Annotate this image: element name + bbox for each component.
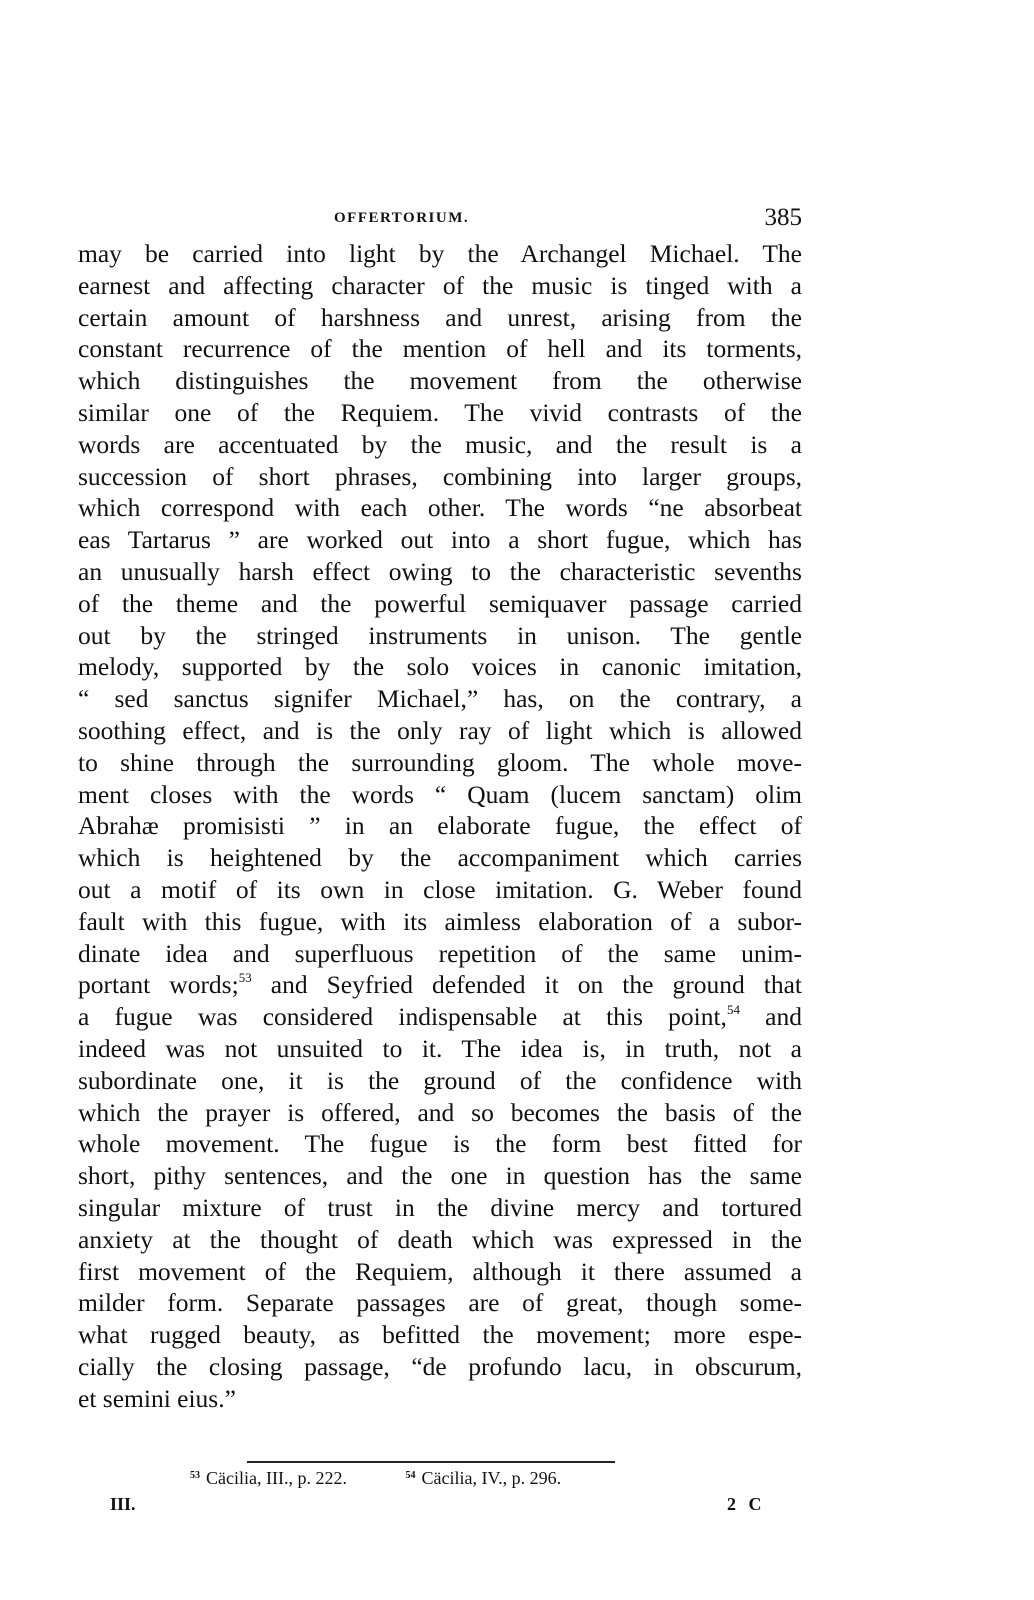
text-line-last: et semini eius.” — [78, 1383, 802, 1415]
footnote-text: Cäcilia, IV., p. 296. — [421, 1468, 561, 1488]
text-segment: portant words; — [78, 970, 239, 999]
book-page: OFFERTORIUM. 385 may be carried into lig… — [0, 0, 1034, 1600]
text-line: subordinate one, it is the ground of the… — [78, 1065, 802, 1097]
text-line: to shine through the surrounding gloom. … — [78, 747, 802, 779]
text-line: singular mixture of trust in the divine … — [78, 1192, 802, 1224]
text-line: whole movement. The fugue is the form be… — [78, 1128, 802, 1160]
text-line: which is heightened by the accompaniment… — [78, 842, 802, 874]
text-line: eas Tartarus ” are worked out into a sho… — [78, 524, 802, 556]
text-line: “ sed sanctus signifer Michael,” has, on… — [78, 683, 802, 715]
text-line: words are accentuated by the music, and … — [78, 429, 802, 461]
text-line: succession of short phrases, combining i… — [78, 461, 802, 493]
page-number: 385 — [765, 204, 803, 232]
text-line: certain amount of harshness and unrest, … — [78, 302, 802, 334]
volume-signature: III. — [110, 1494, 136, 1515]
text-line-with-footnote-53: portant words;53 and Seyfried defended i… — [78, 969, 802, 1001]
text-line: what rugged beauty, as befitted the move… — [78, 1319, 802, 1351]
footnote-ref-53[interactable]: 53 — [239, 970, 252, 985]
text-line: short, pithy sentences, and the one in q… — [78, 1160, 802, 1192]
text-line: of the theme and the powerful semiquaver… — [78, 588, 802, 620]
text-line: constant recurrence of the mention of he… — [78, 333, 802, 365]
text-line: milder form. Separate passages are of gr… — [78, 1287, 802, 1319]
footnote-divider — [247, 1461, 615, 1463]
body-paragraph: may be carried into light by the Archang… — [78, 238, 802, 1414]
text-line: Abrahæ promisisti ” in an elaborate fugu… — [78, 810, 802, 842]
text-line: similar one of the Requiem. The vivid co… — [78, 397, 802, 429]
printer-signature: 2 C — [727, 1494, 766, 1515]
text-line: which the prayer is offered, and so beco… — [78, 1097, 802, 1129]
text-line: which distinguishes the movement from th… — [78, 365, 802, 397]
text-line: out by the stringed instruments in uniso… — [78, 620, 802, 652]
text-segment: a fugue was considered indispensable at … — [78, 1002, 727, 1031]
text-line: ment closes with the words “ Quam (lucem… — [78, 779, 802, 811]
text-line: dinate idea and superfluous repetition o… — [78, 938, 802, 970]
text-line: melody, supported by the solo voices in … — [78, 651, 802, 683]
text-line: anxiety at the thought of death which wa… — [78, 1224, 802, 1256]
text-line-with-footnote-54: a fugue was considered indispensable at … — [78, 1001, 802, 1033]
text-line: may be carried into light by the Archang… — [78, 238, 802, 270]
text-line: first movement of the Requiem, although … — [78, 1256, 802, 1288]
footnote-text: Cäcilia, III., p. 222. — [206, 1468, 347, 1488]
footnote-53: 53Cäcilia, III., p. 222. — [190, 1468, 347, 1489]
footnotes: 53Cäcilia, III., p. 222. 54Cäcilia, IV.,… — [190, 1468, 561, 1489]
text-line: cially the closing passage, “de profundo… — [78, 1351, 802, 1383]
text-line: an unusually harsh effect owing to the c… — [78, 556, 802, 588]
text-line: fault with this fugue, with its aimless … — [78, 906, 802, 938]
running-head: OFFERTORIUM. 385 — [78, 210, 802, 240]
running-title: OFFERTORIUM. — [334, 210, 469, 227]
text-segment: and Seyfried defended it on the ground t… — [252, 970, 802, 999]
footnote-ref-54[interactable]: 54 — [727, 1002, 740, 1017]
text-segment: and — [740, 1002, 802, 1031]
text-line: out a motif of its own in close imitatio… — [78, 874, 802, 906]
footnote-marker: 53 — [190, 1470, 200, 1481]
text-line: soothing effect, and is the only ray of … — [78, 715, 802, 747]
footnote-54: 54Cäcilia, IV., p. 296. — [405, 1468, 561, 1489]
text-line: earnest and affecting character of the m… — [78, 270, 802, 302]
text-line: indeed was not unsuited to it. The idea … — [78, 1033, 802, 1065]
footnote-marker: 54 — [405, 1470, 415, 1481]
text-line: which correspond with each other. The wo… — [78, 492, 802, 524]
